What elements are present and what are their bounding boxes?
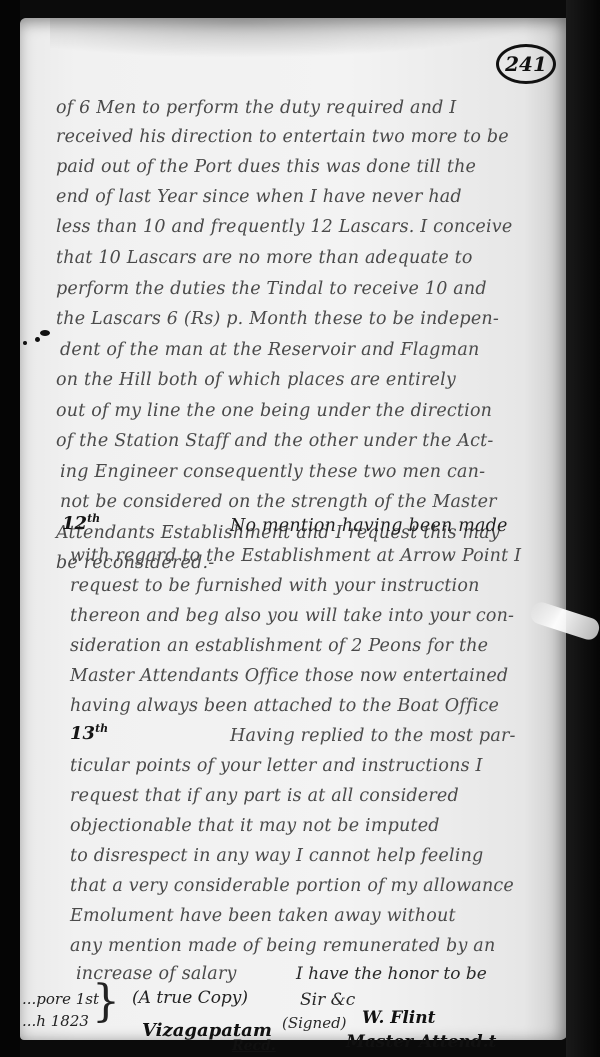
paragraph-number: 13 [70,723,95,744]
body-line: Master Attendants Office those now enter… [70,666,508,686]
paragraph-number-13: 13th [70,722,108,744]
binding-shadow [0,0,20,1057]
page-number: 241 [496,44,556,84]
paragraph-number: 12 [62,513,87,534]
signatory-name: W. Flint [362,1008,435,1028]
body-line: having always been attached to the Boat … [70,696,499,716]
true-copy-note: (A true Copy) [132,988,248,1008]
body-line: request to be furnished with your instru… [70,576,480,596]
body-line: Having replied to the most par- [230,726,516,746]
signatory-title: Master Attend.t [346,1032,496,1052]
body-line: that a very considerable portion of my a… [70,876,514,896]
body-line: No mention having been made [230,516,508,536]
page-stain [50,18,530,58]
paragraph-suffix: th [87,512,100,525]
body-line: received his direction to entertain two … [56,127,509,147]
body-line: perform the duties the Tindal to receive… [56,279,487,299]
received-mark: Recd. [232,1038,276,1054]
body-line: end of last Year since when I have never… [56,187,462,207]
page-edge-shadow [566,0,600,1057]
ink-blot [40,330,50,336]
brace-mark: } [92,980,120,1024]
closing-salutation: I have the honor to be [296,964,487,984]
body-line: sideration an establishment of 2 Peons f… [70,636,488,656]
body-line: to disrespect in any way I cannot help f… [70,846,483,866]
body-line: of 6 Men to perform the duty required an… [56,98,456,118]
body-line: of the Station Staff and the other under… [56,431,493,451]
ink-blot [23,341,27,345]
body-line: not be considered on the strength of the… [60,492,497,512]
body-line: with regard to the Establishment at Arro… [70,546,521,566]
body-line: ticular points of your letter and instru… [70,756,483,776]
body-line: ing Engineer consequently these two men … [60,462,485,482]
paragraph-suffix: th [95,722,108,735]
closing-sir: Sir &c [300,990,355,1010]
signed-label: (Signed) [282,1014,347,1032]
place-date-line-2: ...h 1823 [22,1012,89,1030]
body-line: dent of the man at the Reservoir and Fla… [60,340,479,360]
body-line: less than 10 and frequently 12 Lascars. … [56,217,512,237]
body-line: that 10 Lascars are no more than adequat… [56,248,473,268]
body-line: objectionable that it may not be imputed [70,816,440,836]
ink-blot [35,337,40,342]
body-line: request that if any part is at all consi… [70,786,459,806]
paragraph-number-12: 12th [62,512,100,534]
place-date-line-1: ...pore 1st [22,990,99,1008]
body-line: any mention made of being remunerated by… [70,936,495,956]
body-line: on the Hill both of which places are ent… [56,370,456,390]
body-line: paid out of the Port dues this was done … [56,157,476,177]
scanned-document: 241 of 6 Men to perform the duty require… [0,0,600,1057]
body-line: Emolument have been taken away without [70,906,456,926]
body-line: out of my line the one being under the d… [56,401,492,421]
body-line: the Lascars 6 (Rs) p. Month these to be … [56,309,499,329]
body-line: thereon and beg also you will take into … [70,606,514,626]
